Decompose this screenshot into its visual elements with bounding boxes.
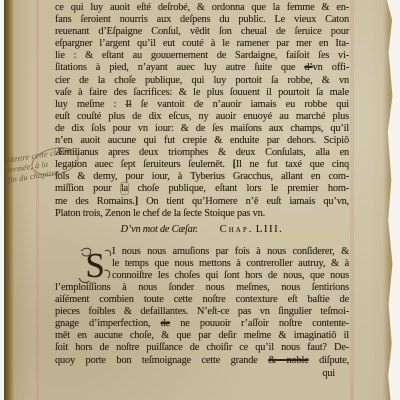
print-text: reuenant d’Eſpaigne Conſul, vēdit ſon ch… bbox=[55, 26, 349, 37]
print-text: aiſément combien toute cette noſtre cont… bbox=[55, 294, 349, 305]
drop-cap-letter: S bbox=[85, 246, 104, 284]
chapter-number: LIII. bbox=[256, 223, 284, 235]
print-text: legation auec ſept ſeruiteurs ſeulemēt. bbox=[55, 159, 233, 170]
print-text: connoiſtre les choſes qui ſont hors de n… bbox=[112, 270, 349, 281]
print-text: vaſe à faire des ſacrifices: & le plus ſ… bbox=[55, 87, 349, 98]
opening-paragraph: S I nous nous amuſions par fois à nous c… bbox=[55, 246, 349, 367]
text-line: de dix ſols pour vn iour: & de ſes maiſo… bbox=[55, 123, 349, 135]
print-text: miſſion pour bbox=[55, 183, 121, 194]
print-text: ne pouuoir r’aſſoir noſtre contente- bbox=[170, 318, 349, 329]
text-line: legation auec ſept ſeruiteurs ſeulemēt. … bbox=[55, 159, 349, 171]
text-line: mēt en aucune choſe, & que par deſir meſ… bbox=[55, 330, 349, 342]
text-line: ſoit hors de noſtre puiſſance de choiſir… bbox=[55, 342, 349, 354]
text-line: lie : & eſtant au gouuernement de Sardai… bbox=[55, 50, 349, 62]
print-text: n’en auoit aucune qui fut crepie & endui… bbox=[55, 135, 349, 146]
drop-cap-initial: S bbox=[77, 246, 113, 284]
print-text: ſols & demy, pour iour, à Tyberius Gracc… bbox=[55, 171, 349, 182]
text-line: l’emploiſſions à nous ſonder nous meſmes… bbox=[55, 282, 349, 294]
catchword: qui bbox=[55, 368, 349, 380]
text-line: ſitations à pied, n’ayant auec luy autre… bbox=[55, 62, 349, 74]
print-text: On tient qu’Homere n’ē euſt iamais qu’vn… bbox=[138, 196, 349, 207]
print-text: cier de la choſe publique, qui luy porto… bbox=[55, 75, 349, 86]
print-text: me des Romains. bbox=[55, 196, 135, 207]
text-line: pieces foibles & defaillantes. N’eſt-ce … bbox=[55, 306, 349, 318]
text-line: aiſément combien toute cette noſtre cont… bbox=[55, 294, 349, 306]
page-left-edge bbox=[4, 0, 14, 400]
bleed-stripe-right bbox=[350, 0, 354, 400]
print-text: ſitations à pied, n’ayant auec luy autre… bbox=[55, 62, 304, 73]
print-text: de dix ſols pour vn iour: & de ſes maiſo… bbox=[55, 123, 349, 134]
chapter-title: D’vn mot de Cæſar. bbox=[121, 223, 198, 236]
text-line: ſols & demy, pour iour, à Tyberius Gracc… bbox=[55, 171, 349, 183]
text-line: reuenant d’Eſpaigne Conſul, vēdit ſon ch… bbox=[55, 26, 349, 38]
print-text: ſoit hors de noſtre puiſſance de choiſir… bbox=[55, 342, 349, 353]
print-text: Il ne fut taxé que cinq bbox=[236, 159, 349, 170]
print-text: gnage d’imperfection, bbox=[55, 318, 161, 329]
text-line: cier de la choſe publique, qui luy porto… bbox=[55, 75, 349, 87]
text-line: n’en auoit aucune qui fut crepie & endui… bbox=[55, 135, 349, 147]
print-text: euſt couſté plus de dix eſcus, ny auoir … bbox=[55, 111, 349, 122]
text-line: me des Romains.] On tient qu’Homere n’ē … bbox=[55, 196, 349, 208]
text-line: luy meſme : Il ſe vantoit de n’auoir iam… bbox=[55, 99, 349, 111]
text-line: eſpargner l’argent qu’il eut couté à le … bbox=[55, 38, 349, 50]
text-column: ce qui luy auoit eſté deſrobé, & ordonna… bbox=[55, 2, 349, 380]
print-text: Platon trois, Zenon le chef de la ſecte … bbox=[55, 208, 265, 219]
print-text: diſpute, bbox=[309, 355, 349, 366]
text-line: quoy porte bon teſmoignage cette grande … bbox=[55, 355, 349, 367]
print-text: vn offi- bbox=[313, 62, 349, 73]
print-text: le temps que nous mettons à contreroller… bbox=[112, 258, 349, 269]
chapter-label: Chap. bbox=[220, 224, 254, 235]
hand-correction: d’ bbox=[304, 62, 312, 73]
text-line: Æmilianus apres deux triomphes & deux Co… bbox=[55, 147, 349, 159]
text-line: Platon trois, Zenon le chef de la ſecte … bbox=[55, 208, 349, 220]
print-text: luy meſme : bbox=[55, 99, 126, 110]
hand-correction: & noble bbox=[268, 355, 308, 366]
chapter-heading: D’vn mot de Cæſar. Chap. LIII. bbox=[55, 223, 349, 236]
bleed-stripe-left bbox=[36, 0, 39, 400]
text-line: euſt couſté plus de dix eſcus, ny auoir … bbox=[55, 111, 349, 123]
print-text: mēt en aucune choſe, & que par deſir meſ… bbox=[55, 330, 349, 341]
print-text: quoy porte bon teſmoignage cette grande bbox=[55, 355, 268, 366]
print-text: ce qui luy auoit eſté deſrobé, & ordonna… bbox=[55, 2, 349, 13]
print-text: lie : & eſtant au gouuernement de Sardai… bbox=[55, 50, 349, 61]
text-line: fans ſeroient nourris aux deſpens du pub… bbox=[55, 14, 349, 26]
book-page-scan: Mettre cette clause fermée, à la fin du … bbox=[4, 0, 394, 400]
print-text: eſpargner l’argent qu’il eut couté à le … bbox=[55, 38, 349, 49]
text-line: miſſion pour la choſe publique, eſtant l… bbox=[55, 183, 349, 195]
text-line: vaſe à faire des ſacrifices: & le plus ſ… bbox=[55, 87, 349, 99]
text-line: ce qui luy auoit eſté deſrobé, & ordonna… bbox=[55, 2, 349, 14]
chapter-ending-block: ce qui luy auoit eſté deſrobé, & ordonna… bbox=[55, 2, 349, 220]
page-right-edge bbox=[383, 0, 394, 400]
print-text: Æmilianus apres deux triomphes & deux Co… bbox=[55, 147, 349, 158]
hand-correction: la bbox=[121, 183, 128, 194]
hand-correction: de bbox=[161, 318, 170, 329]
print-text: pieces foibles & defaillantes. N’eſt-ce … bbox=[55, 306, 349, 317]
print-text: choſe publique, eſtant lors le premier h… bbox=[128, 183, 349, 194]
print-text: ſe vantoit de n’auoir iamais eu robbe qu… bbox=[131, 99, 349, 110]
print-text: I nous nous amuſions par fois à nous con… bbox=[112, 246, 349, 257]
print-text: fans ſeroient nourris aux deſpens du pub… bbox=[55, 14, 349, 25]
text-line: gnage d’imperfection, de ne pouuoir r’aſ… bbox=[55, 318, 349, 330]
